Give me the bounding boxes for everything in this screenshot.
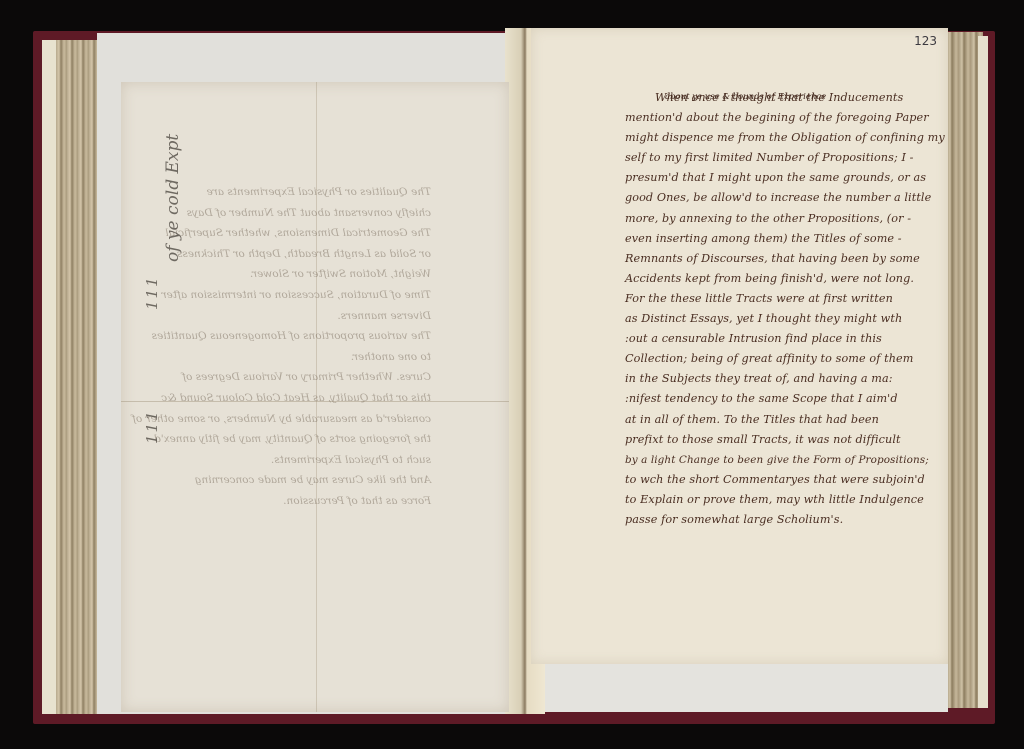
manuscript-line: mention'd about the begining of the fore… (625, 108, 915, 128)
right-manuscript-page: 123 about ye use & bounds of Experience … (531, 28, 948, 664)
bleed-line: this or that Quality, as Heat Cold Colou… (141, 388, 431, 409)
manuscript-line: even inserting among them) the Titles of… (625, 229, 915, 249)
manuscript-line: good Ones, be allow'd to increase the nu… (625, 188, 915, 208)
bleed-line: The Geometrical Dimensions, whether Supe… (141, 223, 431, 244)
bleed-line: the foregoing sorts of Quantity, may be … (141, 429, 431, 450)
manuscript-line: :out a censurable Intrusion find place i… (625, 329, 915, 349)
manuscript-line: as Distinct Essays, yet I thought they m… (625, 309, 915, 329)
manuscript-line: to Explain or prove them, may wth little… (625, 490, 915, 510)
bleed-line: And the like Cures may be made concernin… (141, 470, 431, 491)
bleed-line: Weight, Motion Swifter or Slower. (141, 264, 431, 285)
folio-number: 123 (914, 34, 937, 48)
manuscript-line: in the Subjects they treat of, and havin… (625, 369, 915, 389)
manuscript-line: to wch the short Commentaryes that were … (625, 470, 915, 490)
bleed-line: consider'd as measurable by Numbers, or … (141, 409, 431, 430)
bleed-line: Cures. Whether Primary or Various Degree… (141, 367, 431, 388)
bleed-line: to one another. (141, 347, 431, 368)
manuscript-text: When once I thought that the Inducements… (625, 88, 915, 530)
manuscript-line: at in all of them. To the Titles that ha… (625, 410, 915, 430)
manuscript-line: passe for somewhat large Scholium's. (625, 510, 915, 530)
pencil-marks: 111 (143, 275, 161, 310)
bleed-line: Diverse manners. (141, 306, 431, 327)
manuscript-line: more, by annexing to the other Propositi… (625, 209, 915, 229)
manuscript-line: :nifest tendency to the same Scope that … (625, 389, 915, 409)
manuscript-line: Remnants of Discourses, that having been… (625, 249, 915, 269)
manuscript-line: self to my first limited Number of Propo… (625, 148, 915, 168)
manuscript-line: presum'd that I might upon the same grou… (625, 168, 915, 188)
bleed-line: such to Physical Experiments. (141, 450, 431, 471)
pencil-annotation: of ye cold Expt (163, 134, 183, 262)
left-page-block-edge (56, 40, 98, 714)
bleed-line: Time of Duration, Succession or intermis… (141, 285, 431, 306)
manuscript-line: by a light Change to been give the Form … (625, 450, 915, 470)
manuscript-line: prefixt to those small Tracts, it was no… (625, 430, 915, 450)
manuscript-line: might dispence me from the Obligation of… (625, 128, 915, 148)
manuscript-line: When once I thought that the Inducements (625, 88, 915, 108)
bleed-line: or Solid as Length Breadth, Depth or Thi… (141, 244, 431, 265)
manuscript-line: For the these little Tracts were at firs… (625, 289, 915, 309)
bleed-line: Force as that of Percussion. (141, 491, 431, 512)
bleed-line: The Qualities or Physical Experiments ar… (141, 182, 431, 203)
manuscript-line: Collection; being of great affinity to s… (625, 349, 915, 369)
bleed-line: The various proportions of Homogeneous Q… (141, 326, 431, 347)
left-manuscript-page: The Qualities or Physical Experiments ar… (121, 82, 509, 712)
bleed-through-text: The Qualities or Physical Experiments ar… (141, 182, 431, 512)
manuscript-line: Accidents kept from being finish'd, were… (625, 269, 915, 289)
bleed-line: chiefly conversant about The Number of D… (141, 203, 431, 224)
right-board-edge (978, 36, 988, 708)
pencil-marks-lower: 111 (143, 409, 161, 444)
